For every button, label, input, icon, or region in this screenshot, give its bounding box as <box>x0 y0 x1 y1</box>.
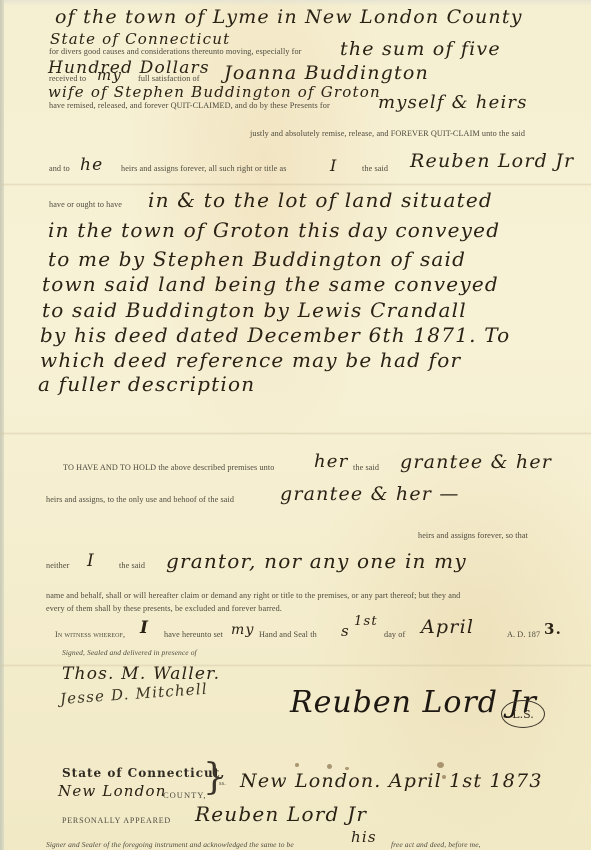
printed-divers-causes: for divers good causes and consideration… <box>49 47 302 56</box>
printed-have-or-ought: have or ought to have <box>49 200 122 209</box>
handwritten-title-as-I: I <box>330 156 338 175</box>
printed-ss: ss. <box>219 780 226 787</box>
handwritten-appeared-name: Reuben Lord Jr <box>195 802 367 826</box>
handwritten-place-date: New London. April 1st 1873 <box>240 770 543 792</box>
fold-line <box>0 432 591 435</box>
handwritten-behoof-grantee: grantee & her — <box>280 483 460 505</box>
printed-signed-sealed: Signed, Sealed and delivered in presence… <box>62 648 197 657</box>
ink-stain <box>345 767 349 770</box>
printed-neither: neither <box>46 561 69 570</box>
handwritten-description-7: which deed reference may be had for <box>40 348 461 372</box>
printed-county: COUNTY, <box>163 790 206 800</box>
ls-seal-label: L.S. <box>512 708 533 721</box>
printed-day-of: day of <box>384 630 405 639</box>
handwritten-year-digit: 3. <box>544 620 562 638</box>
handwritten-neither-I: I <box>87 551 95 571</box>
ink-stain <box>295 763 299 767</box>
handwritten-description-8: a fuller description <box>38 372 255 396</box>
handwritten-month: April <box>421 616 474 638</box>
handwritten-description-1: in & to the lot of land situated <box>148 188 493 212</box>
handwritten-grantor-line: grantor, nor any one in my <box>166 549 467 573</box>
ls-seal: L.S. <box>501 700 545 728</box>
printed-heirs-use: heirs and assigns, to the only use and b… <box>46 495 234 504</box>
handwritten-witness-I: I <box>140 618 149 638</box>
handwritten-consideration: the sum of five <box>340 38 501 60</box>
deed-paper <box>0 0 591 850</box>
printed-and-to: and to <box>49 164 70 173</box>
handwritten-he: he <box>80 155 103 175</box>
ink-stain <box>437 762 444 768</box>
handwritten-description-3: to me by Stephen Buddington of said <box>48 247 466 271</box>
handwritten-presents-for: myself & heirs <box>378 92 528 113</box>
handwritten-seal-th: s <box>341 622 350 640</box>
brace-symbol: } <box>203 760 226 796</box>
handwritten-description-4: town said land being the same conveyed <box>42 272 499 296</box>
printed-personally-appeared: PERSONALLY APPEARED <box>62 816 171 825</box>
printed-the-said-2: the said <box>353 463 379 472</box>
printed-name-behalf: name and behalf, shall or will hereafter… <box>46 591 460 600</box>
grantor-signature: Reuben Lord Jr <box>290 685 537 720</box>
handwritten-description-5: to said Buddington by Lewis Crandall <box>42 298 467 322</box>
handwritten-reuben-lord: Reuben Lord Jr <box>410 150 574 172</box>
printed-the-said: the said <box>362 164 388 173</box>
handwritten-unto-her: her <box>314 451 348 472</box>
printed-received-to: received to <box>49 74 86 83</box>
printed-in-witness: In witness whereof, <box>55 630 125 639</box>
printed-justly: justly and absolutely remise, release, a… <box>250 129 525 138</box>
ink-stain <box>442 775 446 779</box>
printed-hand-and-seal: Hand and Seal th <box>259 630 317 639</box>
left-edge <box>0 0 4 850</box>
handwritten-seal-day: 1st <box>354 614 378 629</box>
handwritten-description-6: by his deed dated December 6th 1871. To <box>40 323 510 347</box>
handwritten-his: his <box>351 828 377 846</box>
state-of-connecticut-heading: State of Connecticut, <box>62 766 225 780</box>
handwritten-state-line: State of Connecticut <box>50 30 230 48</box>
handwritten-grantee-her: grantee & her <box>400 451 552 473</box>
printed-remised: have remised, released, and forever QUIT… <box>49 101 330 110</box>
printed-to-have-and-hold: TO HAVE AND TO HOLD the above described … <box>63 463 274 472</box>
printed-the-said-3: the said <box>119 561 145 570</box>
handwritten-description-2: in the town of Groton this day conveyed <box>48 218 500 242</box>
printed-heirs-so-that: heirs and assigns forever, so that <box>418 531 528 540</box>
fold-line <box>0 183 591 186</box>
handwritten-county-name: New London <box>58 782 167 800</box>
printed-every-of-them: every of them shall by these presents, b… <box>46 604 282 613</box>
handwritten-received-my: my <box>97 66 122 84</box>
printed-ad-year: A. D. 187 <box>507 630 540 639</box>
printed-full-satisfaction: full satisfaction of <box>138 74 200 83</box>
handwritten-set-my: my <box>231 622 255 638</box>
printed-free-act: free act and deed, before me, <box>391 840 481 849</box>
handwritten-grantee-name: Joanna Buddington <box>224 62 429 84</box>
handwritten-grantee-name-cont: wife of Stephen Buddington of Groton <box>48 83 381 101</box>
handwritten-town-line: of the town of Lyme in New London County <box>55 6 523 28</box>
printed-signer-sealer: Signer and Sealer of the foregoing instr… <box>46 840 294 849</box>
printed-heirs-assigns: heirs and assigns forever, all such righ… <box>121 164 287 173</box>
printed-hereunto-set: have hereunto set <box>164 630 223 639</box>
ink-stain <box>327 764 332 769</box>
